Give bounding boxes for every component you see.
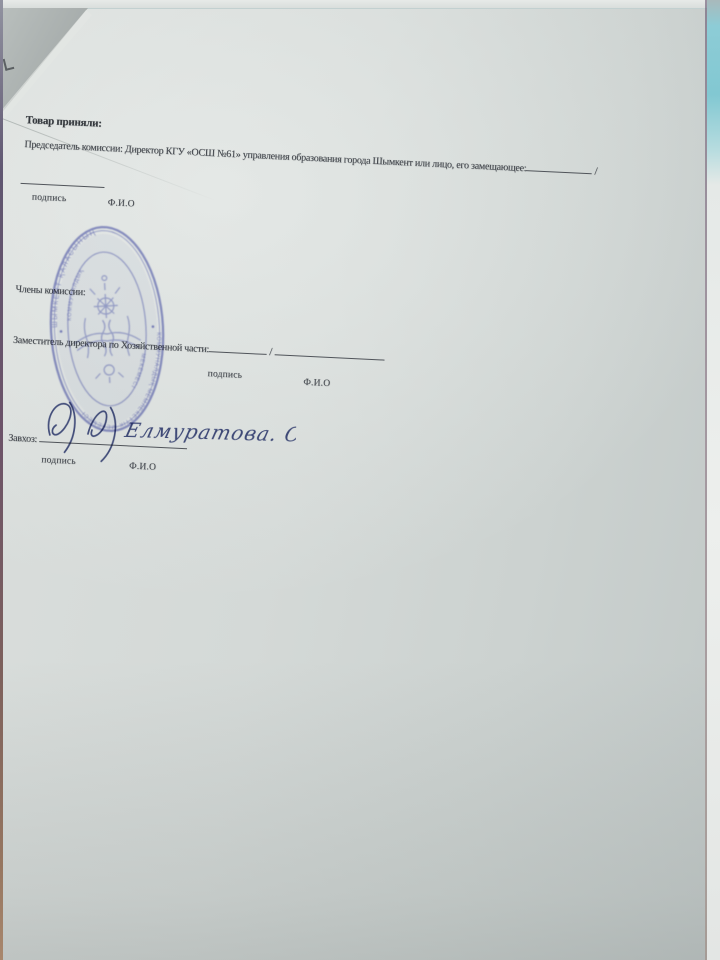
name-caption-1: Ф.И.О [107,198,134,209]
name-caption-2: Ф.И.О [303,378,330,389]
paper-top-edge [0,0,720,9]
background-right-strip [707,0,720,960]
deputy-separator: / [269,346,272,358]
paper-left-edge [0,0,3,960]
chairman-line: Председатель комиссии: Директор КГУ «ОСШ… [24,139,526,174]
signature-flourish [48,402,116,462]
paper-right-edge [705,0,707,960]
signature-name-text: Елмуратова. С.К. [122,418,297,447]
paper-shadow [0,660,720,960]
received-heading: Товар приняли: [25,114,102,130]
signature-caption-2: подпись [207,369,242,381]
signature-caption-1: подпись [32,192,67,204]
chairman-signature-blank [526,160,592,174]
signature-line-1 [21,170,106,188]
deputy-name-blank [274,344,384,360]
chairman-separator: / [594,165,597,177]
chairman-line-row: Председатель комиссии: Директор КГУ «ОСШ… [24,136,598,178]
document-photo: Товар приняли: Председатель комиссии: Ди… [0,0,720,960]
zavkhoz-label: Завхоз: [8,433,37,445]
handwritten-signature: Елмуратова. С.К. [35,389,297,476]
deputy-signature-blank [209,341,267,355]
